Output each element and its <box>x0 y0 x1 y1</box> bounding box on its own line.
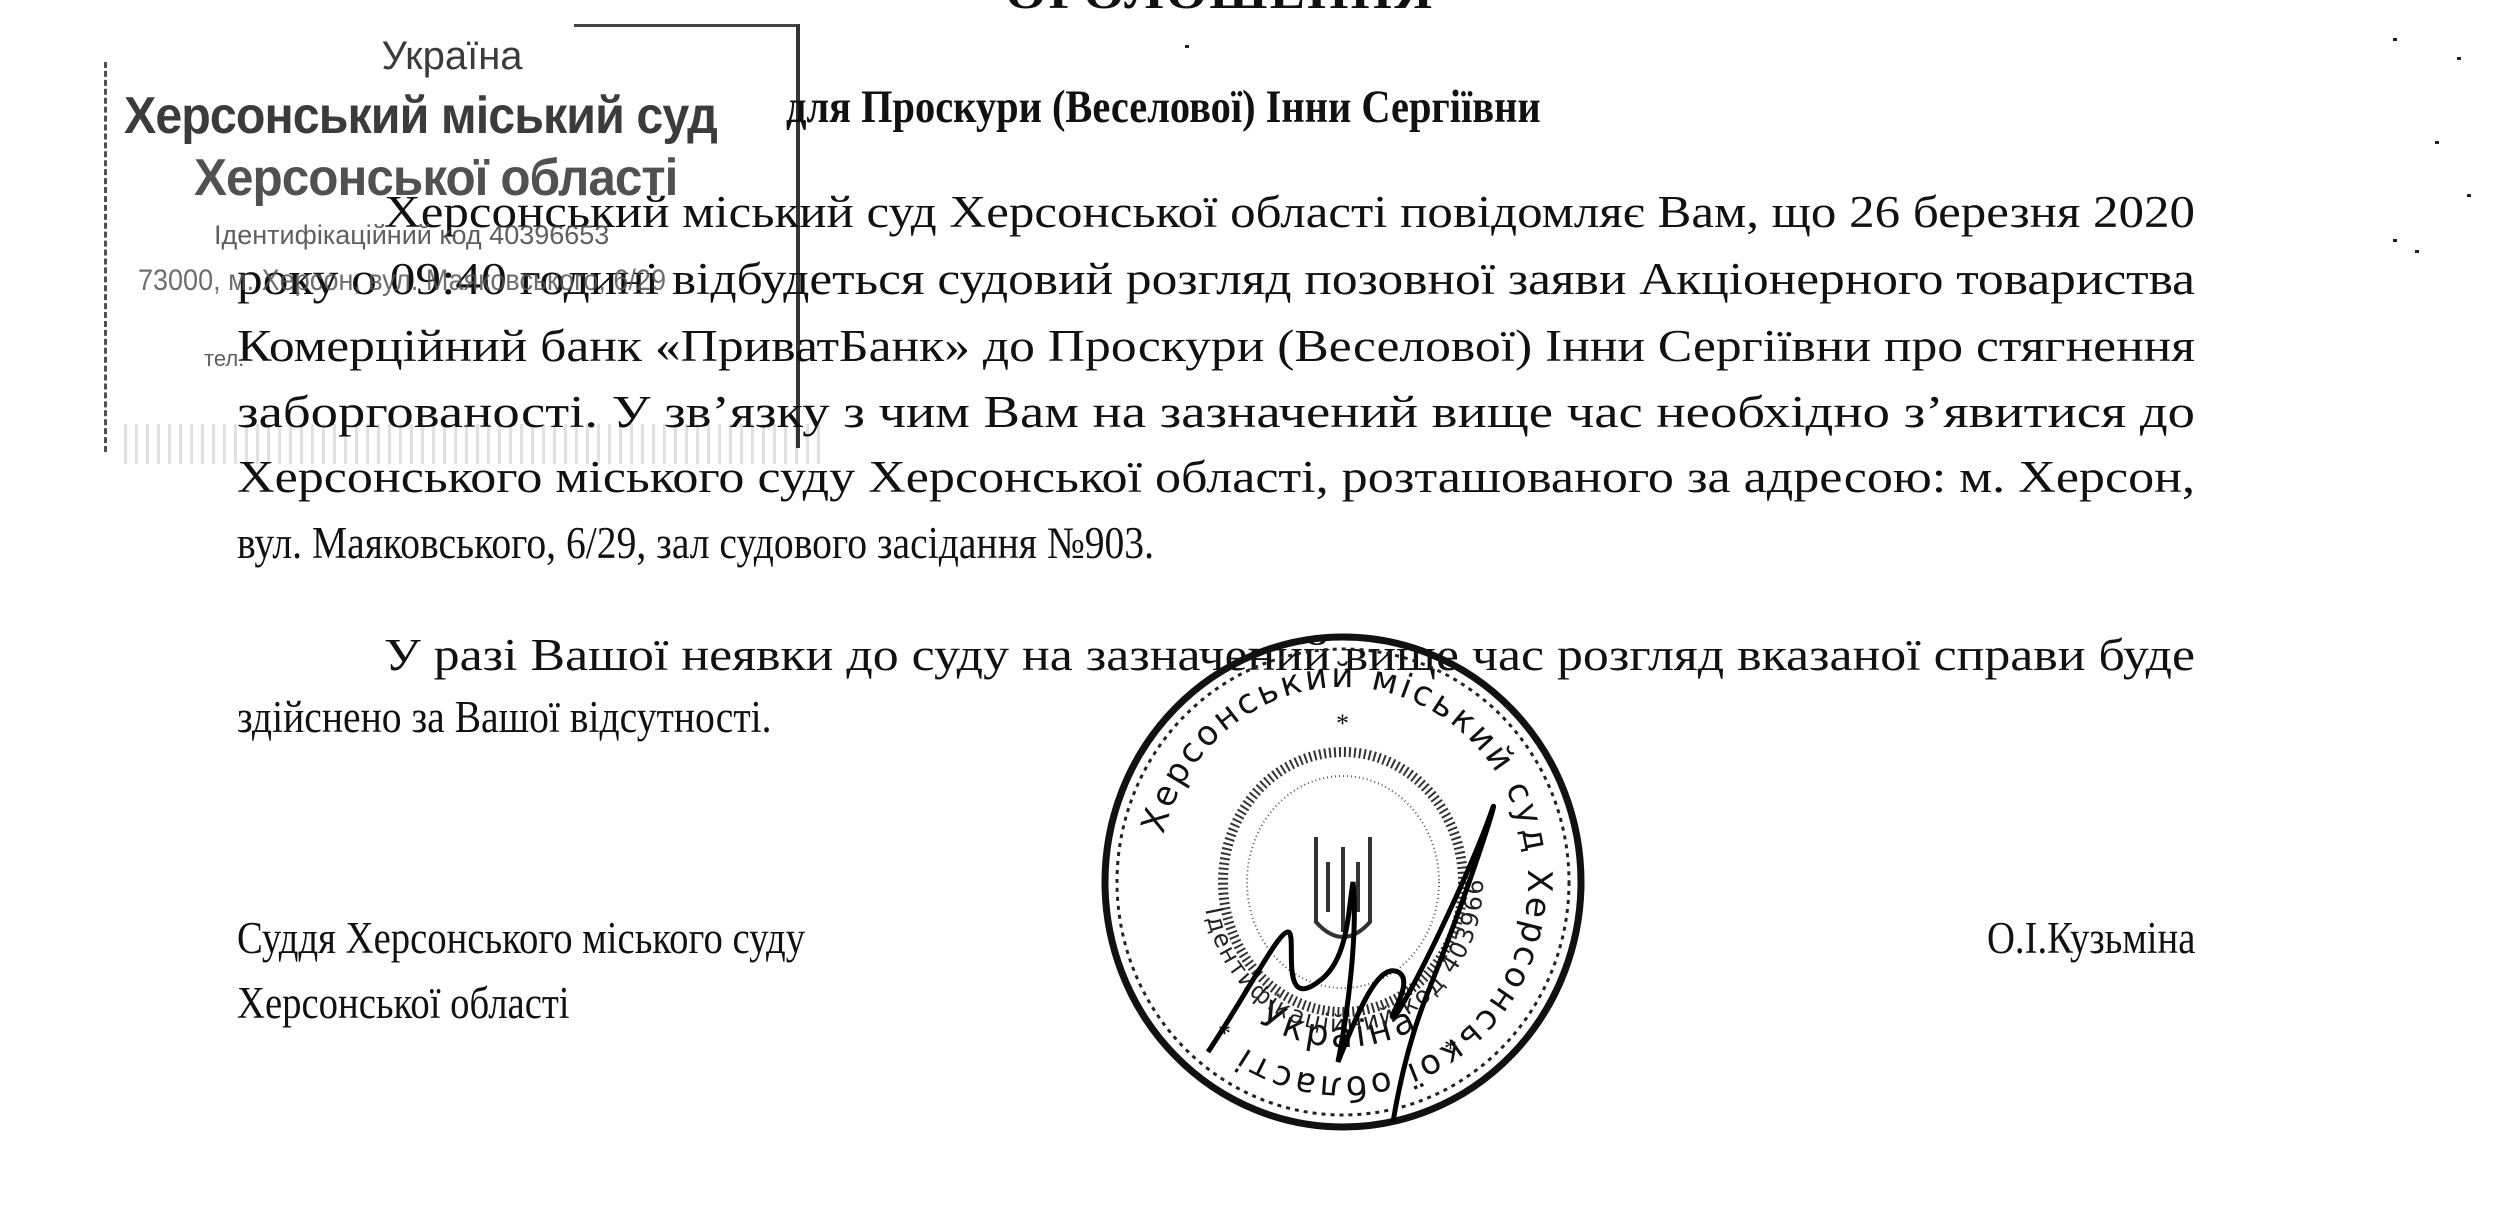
scan-speck <box>2415 250 2419 253</box>
paragraph1-line-6: вул. Маяковського, 6/29, зал судового за… <box>237 521 2195 566</box>
stamp-frame-top <box>574 24 800 27</box>
scan-speck <box>2467 194 2471 197</box>
stamp-region: Херсонської області <box>194 148 677 208</box>
judge-position-line-1: Суддя Херсонського міського суду <box>237 912 805 964</box>
stamp-tel: тел. <box>204 346 244 372</box>
document-title: для Проскури (Веселової) Інни Сергіївни <box>786 80 1541 134</box>
judge-position-line-2: Херсонської області <box>237 977 570 1029</box>
trident-icon <box>1316 837 1370 937</box>
svg-text:*: * <box>1444 1034 1457 1063</box>
judge-name: О.І.Кузьміна <box>1986 912 2195 964</box>
scanned-court-notice: ОГОЛОШЕННЯ для Проскури (Веселової) Інни… <box>0 0 2497 1224</box>
stamp-smudge <box>124 424 824 464</box>
stamp-frame-left <box>104 62 107 452</box>
stamp-address: 73000, м. Херсон, вул. Маяковського, 6/2… <box>138 264 666 298</box>
rectangular-court-stamp: Україна Херсонський міський суд Херсонсь… <box>104 24 800 448</box>
document-header-cut: ОГОЛОШЕННЯ <box>979 0 1462 19</box>
scan-speck <box>2457 57 2461 60</box>
scan-speck <box>1185 45 1189 48</box>
stamp-court-name: Херсонський міський суд <box>124 86 717 146</box>
stamp-id-code: Ідентифікаційний код 40396653 <box>214 220 609 251</box>
stamp-frame-right <box>796 24 800 448</box>
scan-speck <box>2435 141 2439 144</box>
stamp-country: Україна <box>104 34 800 79</box>
scan-speck <box>2393 239 2397 242</box>
round-court-seal: Херсонський міський суд Херсонської обла… <box>1098 632 1588 1132</box>
svg-text:*: * <box>1336 709 1349 738</box>
scan-speck <box>2393 38 2397 41</box>
